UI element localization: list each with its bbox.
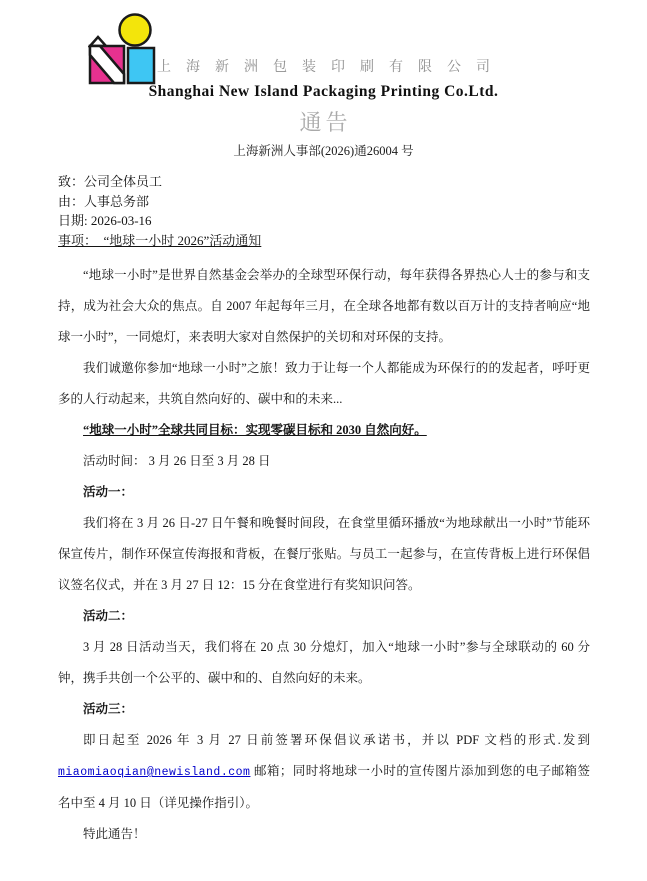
email-link[interactable]: miaomiaoqian@newisland.com: [58, 766, 250, 779]
meta-from-line: 由：人事总务部: [58, 192, 590, 212]
meta-date-line: 日期: 2026-03-16: [58, 211, 590, 231]
notice-document: 上海新洲包装印刷有限公司 Shanghai New Island Packagi…: [0, 0, 647, 881]
activity1-paragraph: 我们将在 3 月 26 日-27 日午餐和晚餐时间段，在食堂里循环播放“为地球献…: [58, 508, 590, 601]
notice-title: 通告: [4, 108, 647, 138]
meta-subject-line: 事项： “地球一小时 2026”活动通知: [58, 231, 590, 251]
activity2-label: 活动二：: [58, 601, 590, 632]
company-logo-icon: [88, 6, 156, 86]
invitation-paragraph: 我们诚邀你参加“地球一小时”之旅！致力于让每一个人都能成为环保行的的发起者，呼吁…: [58, 353, 590, 415]
activity3-paragraph: 即日起至 2026 年 3 月 27 日前签署环保倡议承诺书，并以 PDF 文档…: [58, 725, 590, 819]
logo-graphic: [88, 6, 156, 86]
logo-yellow-circle: [120, 15, 151, 46]
meta-block: 致：公司全体员工 由：人事总务部 日期: 2026-03-16 事项： “地球一…: [58, 172, 590, 250]
activity1-label: 活动一：: [58, 477, 590, 508]
notice-body: “地球一小时”是世界自然基金会举办的全球型环保行动，每年获得各界热心人士的参与和…: [58, 260, 590, 850]
activity3-text-pre: 即日起至 2026 年 3 月 27 日前签署环保倡议承诺书，并以 PDF 文档…: [83, 733, 590, 747]
logo-cyan-square: [128, 48, 154, 83]
intro-paragraph: “地球一小时”是世界自然基金会举办的全球型环保行动，每年获得各界热心人士的参与和…: [58, 260, 590, 353]
goal-heading: “地球一小时”全球共同目标：实现零碳目标和 2030 自然向好。: [58, 415, 590, 446]
doc-number: 上海新洲人事部(2026)通26004 号: [0, 142, 647, 160]
activity2-paragraph: 3 月 28 日活动当天，我们将在 20 点 30 分熄灯，加入“地球一小时”参…: [58, 632, 590, 694]
activity3-label: 活动三：: [58, 694, 590, 725]
meta-to-line: 致：公司全体员工: [58, 172, 590, 192]
closing-line: 特此通告！: [58, 819, 590, 850]
logo-n-peak-shape: [90, 37, 106, 46]
activity-time-line: 活动时间： 3 月 26 日至 3 月 28 日: [58, 446, 590, 477]
